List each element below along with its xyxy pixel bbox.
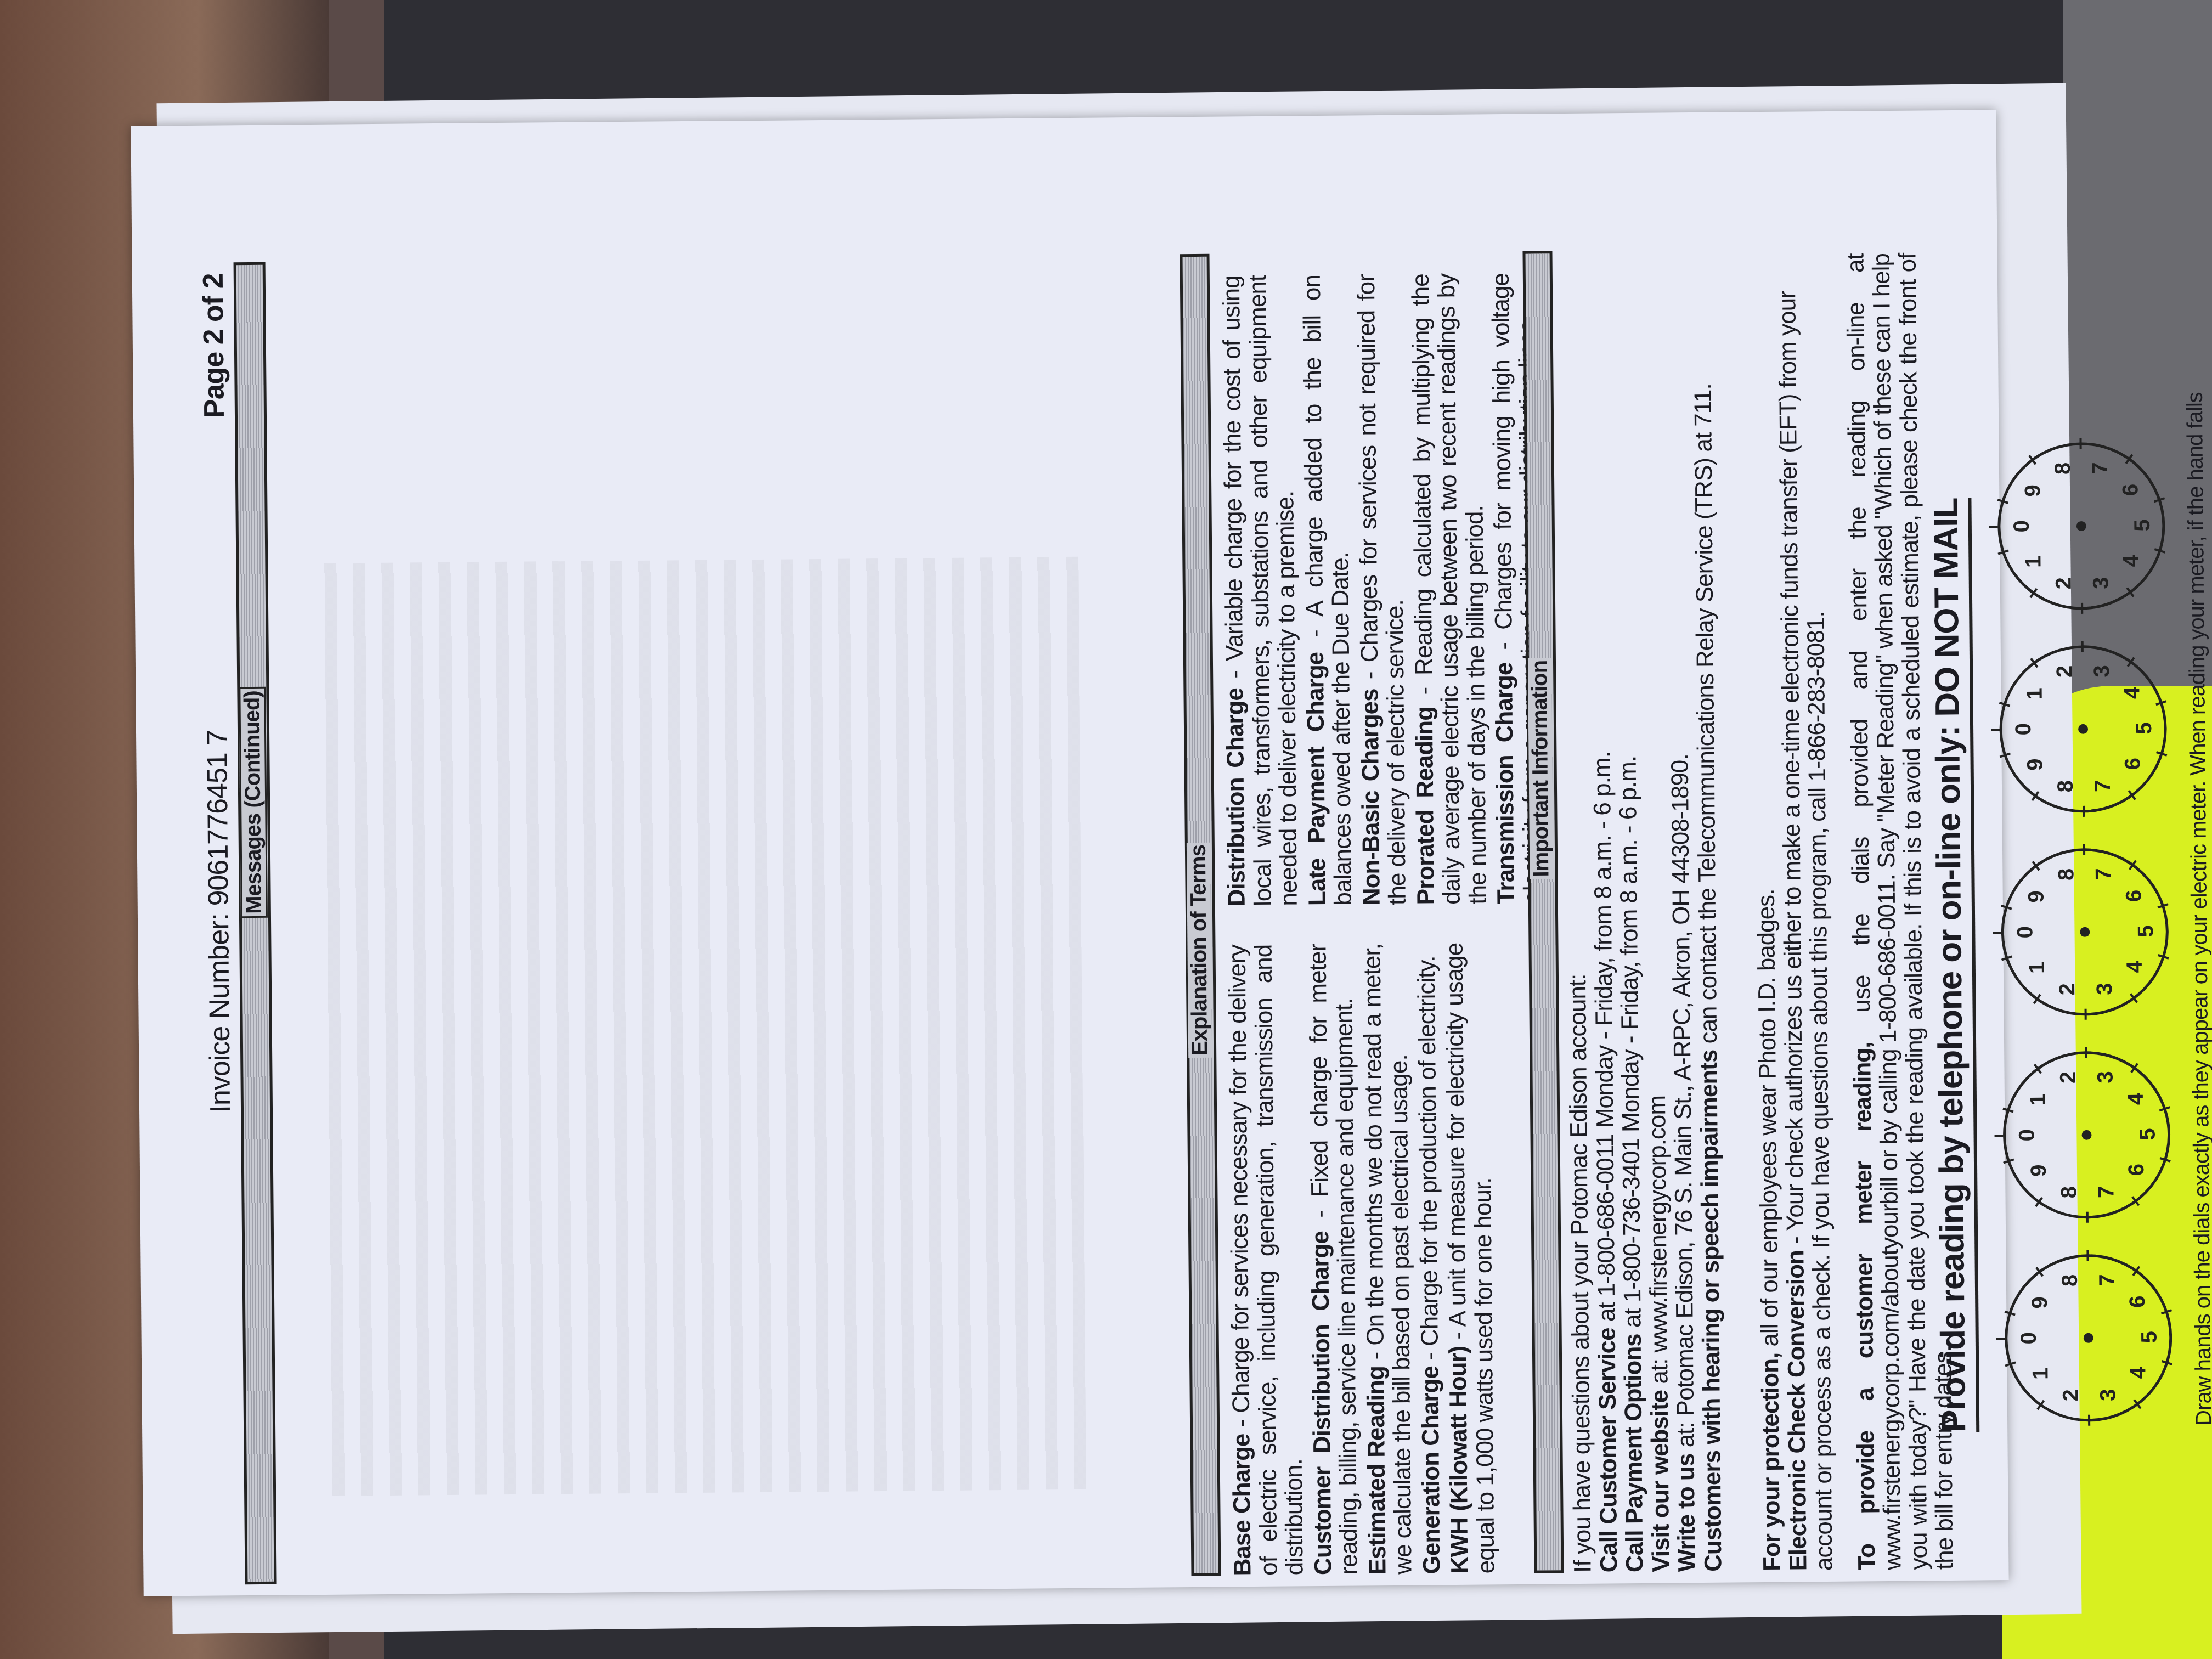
- svg-text:1: 1: [2026, 1093, 2050, 1105]
- meter-dial[interactable]: 0123456789: [1989, 635, 2177, 823]
- svg-text:0: 0: [2011, 724, 2035, 736]
- meter-dial[interactable]: 0123456789: [1993, 1041, 2181, 1229]
- svg-text:6: 6: [2118, 484, 2142, 496]
- svg-text:3: 3: [2096, 1389, 2120, 1401]
- svg-text:4: 4: [2120, 686, 2144, 699]
- svg-text:8: 8: [2053, 780, 2078, 792]
- term-definition: Base Charge - Charge for services necess…: [1224, 944, 1308, 1576]
- svg-text:2: 2: [2055, 984, 2079, 996]
- svg-text:0: 0: [2017, 1333, 2041, 1345]
- faded-show-through-text: [310, 557, 1086, 1496]
- svg-text:6: 6: [2122, 890, 2146, 902]
- svg-text:9: 9: [2023, 759, 2047, 771]
- term-definition: Non-Basic Charges - Charges for services…: [1353, 274, 1410, 906]
- messages-continued-bar: Messages (Continued): [234, 262, 277, 1584]
- svg-text:6: 6: [2124, 1164, 2148, 1176]
- term-definition: Estimated Reading - On the months we do …: [1359, 944, 1417, 1575]
- invoice-number: Invoice Number: 9061776451 7: [202, 730, 236, 1113]
- svg-text:3: 3: [2090, 665, 2114, 678]
- svg-text:7: 7: [2095, 1274, 2119, 1286]
- contact-lines: Call Customer Service at 1-800-686-0011 …: [1584, 255, 1726, 1573]
- svg-text:9: 9: [2021, 485, 2045, 497]
- svg-text:5: 5: [2134, 925, 2158, 937]
- svg-text:1: 1: [2022, 687, 2046, 699]
- svg-text:8: 8: [2054, 868, 2078, 881]
- terms-left-column: Base Charge - Charge for services necess…: [1224, 942, 1553, 1576]
- svg-text:5: 5: [2132, 722, 2156, 734]
- svg-text:7: 7: [2091, 780, 2115, 792]
- meter-dial[interactable]: 0123456789: [1994, 1244, 2182, 1432]
- svg-text:3: 3: [2089, 577, 2113, 589]
- meter-dials: 0123456789012345678901234567890123456789…: [1987, 360, 2182, 1432]
- bill-page: Invoice Number: 9061776451 7 Page 2 of 2…: [131, 110, 2008, 1596]
- svg-text:7: 7: [2094, 1186, 2118, 1198]
- svg-text:2: 2: [2059, 1390, 2083, 1402]
- important-information-title: Important Information: [1528, 658, 1554, 879]
- explanation-of-terms-bar: Explanation of Terms: [1180, 254, 1221, 1576]
- svg-text:9: 9: [2027, 1165, 2051, 1177]
- explanation-of-terms-title: Explanation of Terms: [1187, 843, 1212, 1058]
- svg-text:8: 8: [2057, 1186, 2081, 1198]
- svg-text:4: 4: [2126, 1366, 2150, 1379]
- document-content: Invoice Number: 9061776451 7 Page 2 of 2…: [142, 121, 1998, 1585]
- svg-text:0: 0: [2015, 1130, 2039, 1142]
- svg-text:4: 4: [2124, 1092, 2148, 1105]
- term-definition: Prorated Reading - Reading calculated by…: [1407, 273, 1491, 905]
- term-definition: Late Payment Charge - A charge added to …: [1299, 274, 1356, 906]
- page-header: Invoice Number: 9061776451 7 Page 2 of 2: [198, 273, 239, 1398]
- svg-text:0: 0: [2013, 927, 2037, 939]
- term-definition: Distribution Charge - Variable charge fo…: [1218, 275, 1302, 906]
- dial-instructions: Draw hands on the dials exactly as they …: [2183, 388, 2212, 1431]
- svg-text:2: 2: [2056, 1072, 2080, 1084]
- svg-text:8: 8: [2058, 1274, 2082, 1286]
- svg-text:8: 8: [2051, 462, 2075, 475]
- svg-text:9: 9: [2028, 1297, 2052, 1309]
- svg-text:1: 1: [2025, 962, 2049, 974]
- svg-text:4: 4: [2119, 554, 2143, 567]
- svg-text:1: 1: [2028, 1368, 2052, 1380]
- svg-text:1: 1: [2021, 556, 2045, 568]
- svg-text:5: 5: [2135, 1128, 2159, 1140]
- term-definition: Generation Charge - Charge for the produ…: [1413, 943, 1445, 1574]
- svg-text:3: 3: [2092, 983, 2117, 995]
- svg-text:2: 2: [2052, 666, 2076, 678]
- svg-text:0: 0: [2010, 521, 2034, 533]
- important-information: If you have questions about your Potomac…: [1559, 253, 1959, 1573]
- svg-text:5: 5: [2137, 1331, 2162, 1343]
- svg-text:5: 5: [2130, 519, 2154, 531]
- terms-right-column: Distribution Charge - Variable charge fo…: [1218, 273, 1548, 906]
- page-number: Page 2 of 2: [198, 273, 230, 418]
- svg-text:7: 7: [2091, 868, 2115, 881]
- svg-text:2: 2: [2052, 578, 2076, 590]
- terms-columns: Base Charge - Charge for services necess…: [1218, 256, 1554, 1576]
- meter-dial[interactable]: 0123456789: [1987, 432, 2175, 620]
- messages-continued-label: Messages (Continued): [239, 687, 268, 918]
- svg-text:7: 7: [2088, 462, 2112, 475]
- svg-text:6: 6: [2121, 758, 2145, 770]
- svg-text:4: 4: [2123, 960, 2147, 973]
- svg-text:6: 6: [2125, 1296, 2149, 1308]
- svg-text:9: 9: [2024, 891, 2049, 903]
- term-definition: KWH (Kilowatt Hour) - A unit of measure …: [1442, 943, 1499, 1574]
- svg-text:3: 3: [2093, 1071, 2118, 1084]
- reading-title: Provide reading by telephone or on-line …: [1928, 498, 1979, 1432]
- meter-dial[interactable]: 0123456789: [1991, 838, 2179, 1026]
- term-definition: Customer Distribution Charge - Fixed cha…: [1305, 944, 1362, 1575]
